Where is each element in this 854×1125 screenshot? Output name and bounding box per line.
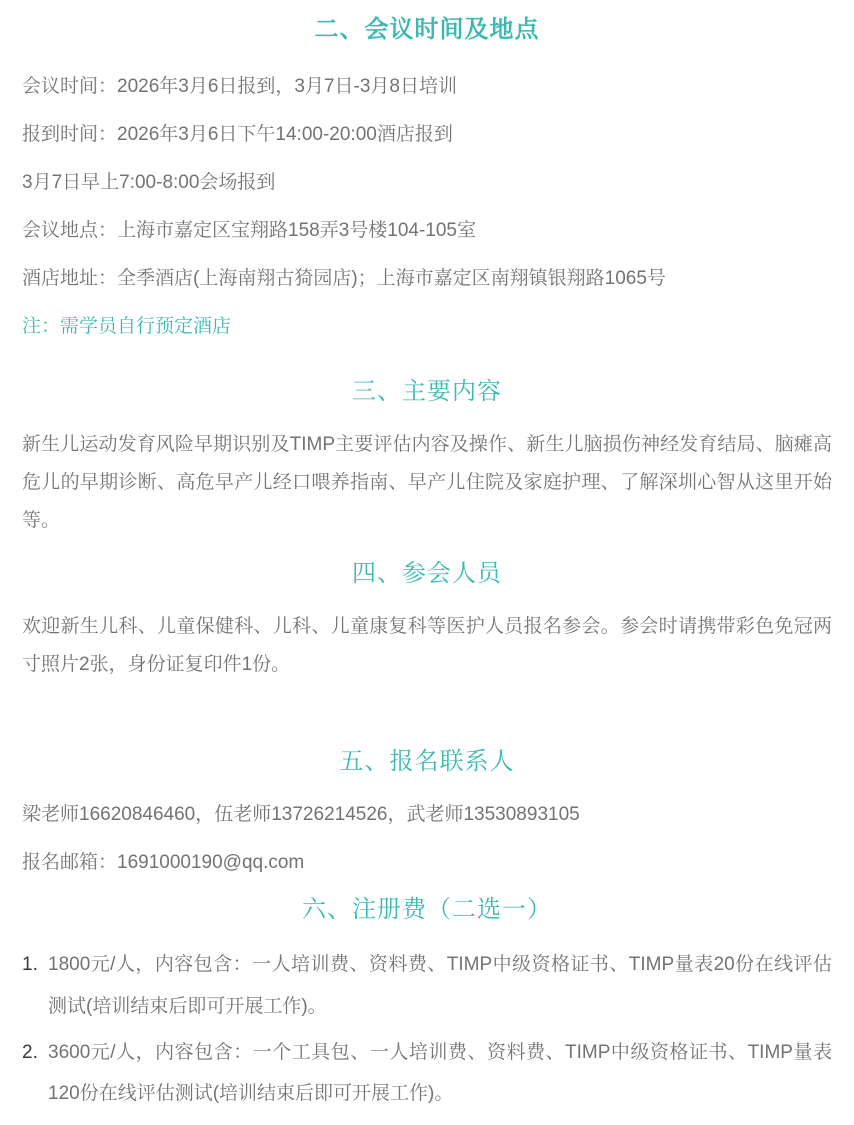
hotel-address-paragraph: 酒店地址：全季酒店(上海南翔古猗园店)；上海市嘉定区南翔镇银翔路1065号 [22, 260, 832, 298]
section-heading-time-location: 二、会议时间及地点 [22, 12, 832, 48]
fee-options-list: 1. 1800元/人，内容包含：一人培训费、资料费、TIMP中级资格证书、TIM… [22, 944, 832, 1115]
fee-option-1-text: 1800元/人，内容包含：一人培训费、资料费、TIMP中级资格证书、TIMP量表… [48, 944, 832, 1028]
article-page: 二、会议时间及地点 会议时间：2026年3月6日报到，3月7日-3月8日培训 报… [0, 0, 854, 1125]
meeting-time-paragraph: 会议时间：2026年3月6日报到，3月7日-3月8日培训 [22, 68, 832, 106]
fee-option-1-number: 1. [22, 944, 48, 986]
fee-option-2-number: 2. [22, 1032, 48, 1074]
main-content-paragraph: 新生儿运动发育风险早期识别及TIMP主要评估内容及操作、新生儿脑损伤神经发育结局… [22, 426, 832, 540]
participants-paragraph: 欢迎新生儿科、儿童保健科、儿科、儿童康复科等医护人员报名参会。参会时请携带彩色免… [22, 608, 832, 684]
venue-checkin-paragraph: 3月7日早上7:00-8:00会场报到 [22, 164, 832, 202]
hotel-booking-note: 注：需学员自行预定酒店 [22, 308, 832, 346]
section-heading-fee: 六、注册费（二选一） [22, 892, 832, 928]
contacts-phones-paragraph: 梁老师16620846460，伍老师13726214526，武老师1353089… [22, 796, 832, 834]
fee-option-2: 2. 3600元/人，内容包含：一个工具包、一人培训费、资料费、TIMP中级资格… [22, 1032, 832, 1116]
checkin-time-paragraph: 报到时间：2026年3月6日下午14:00-20:00酒店报到 [22, 116, 832, 154]
meeting-location-paragraph: 会议地点：上海市嘉定区宝翔路158弄3号楼104-105室 [22, 212, 832, 250]
contacts-email-paragraph: 报名邮箱：1691000190@qq.com [22, 844, 832, 882]
section-heading-participants: 四、参会人员 [22, 556, 832, 592]
fee-option-1: 1. 1800元/人，内容包含：一人培训费、资料费、TIMP中级资格证书、TIM… [22, 944, 832, 1028]
section-heading-contacts: 五、报名联系人 [22, 744, 832, 780]
fee-option-2-text: 3600元/人，内容包含：一个工具包、一人培训费、资料费、TIMP中级资格证书、… [48, 1032, 832, 1116]
section-heading-main-content: 三、主要内容 [22, 374, 832, 410]
